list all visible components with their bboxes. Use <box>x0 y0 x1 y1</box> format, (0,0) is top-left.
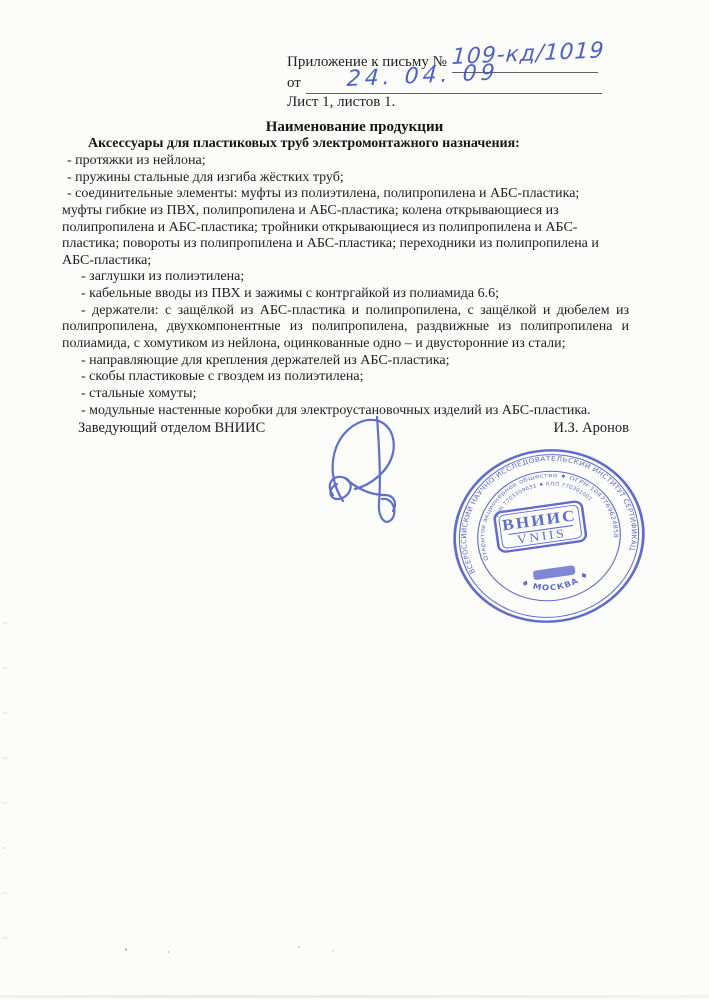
product-category-heading: Аксессуары для пластиковых труб электром… <box>88 136 520 152</box>
product-line: полипропилена и АБС-пластика; тройники о… <box>62 220 629 237</box>
product-line: - держатели: с защёлкой из АБС-пластика … <box>62 303 629 320</box>
scan-edge-mark <box>3 802 7 804</box>
scan-speck <box>125 948 127 951</box>
scanner-bottom-edge <box>0 995 709 998</box>
product-line: - модульные настенные коробки для электр… <box>62 403 629 420</box>
product-line: - скобы пластиковые с гвоздем из полиэти… <box>62 369 629 386</box>
scan-edge-mark <box>3 712 7 714</box>
stamp-inner-ring <box>469 462 628 610</box>
product-line: - пружины стальные для изгиба жёстких тр… <box>62 170 629 187</box>
scanned-document-page: Приложение к письму № 109-кд/1019 от 24.… <box>0 0 709 1000</box>
product-list: - протяжки из нейлона;- пружины стальные… <box>62 153 629 419</box>
scan-speck <box>168 951 170 953</box>
stamp-solid-block <box>533 565 576 580</box>
scan-edge-mark <box>3 757 7 759</box>
svg-text:ВСЕРОССИЙСКИЙ НАУЧНО-ИССЛЕДОВА: ВСЕРОССИЙСКИЙ НАУЧНО-ИССЛЕДОВАТЕЛЬСКИЙ И… <box>449 443 641 575</box>
product-line: полипропилена, двухкомпонентные из полип… <box>62 319 629 336</box>
svg-text:ИНН 7703309631 ♦ КПП 770301001: ИНН 7703309631 ♦ КПП 770301001 <box>490 476 594 520</box>
scan-edge-mark <box>3 622 7 624</box>
product-line: - протяжки из нейлона; <box>62 153 629 170</box>
product-line: АБС-пластика; <box>62 253 629 270</box>
scan-edge-mark <box>3 667 7 669</box>
product-line: муфты гибкие из ПВХ, полипропилена и АБС… <box>62 203 629 220</box>
product-line: пластика; повороты из полипропилена и АБ… <box>62 236 629 253</box>
stamp-inner-arc-text-inn-kpp: ИНН 7703309631 ♦ КПП 770301001 <box>490 476 594 520</box>
stamp-center-frame <box>494 501 587 553</box>
signer-name: И.З. Аронов <box>554 420 629 437</box>
product-line: - направляющие для крепления держателей … <box>62 353 629 370</box>
from-label: от <box>287 75 301 92</box>
product-line: полиамида, с хомутиком из нейлона, оцинк… <box>62 336 629 353</box>
stamp-org-latin: VNIIS <box>516 526 567 547</box>
stamp-city-text: ♦ МОСКВА ♦ <box>518 568 592 596</box>
handwritten-date: 24. 04. 09 <box>346 60 499 92</box>
stamp-outer-arc-text: ВСЕРОССИЙСКИЙ НАУЧНО-ИССЛЕДОВАТЕЛЬСКИЙ И… <box>449 443 641 575</box>
scan-speck <box>332 950 334 952</box>
stamp-org-cyrillic: ВНИИС <box>501 506 578 534</box>
vniis-round-stamp: ВСЕРОССИЙСКИЙ НАУЧНО-ИССЛЕДОВАТЕЛЬСКИЙ И… <box>446 435 656 640</box>
scan-edge-mark <box>3 937 7 939</box>
signer-position: Заведующий отделом ВНИИС <box>62 420 265 437</box>
product-line: - кабельные вводы из ПВХ и зажимы с конт… <box>62 286 629 303</box>
product-line: - соединительные элементы: муфты из поли… <box>62 186 629 203</box>
scan-edge-mark <box>3 847 7 849</box>
svg-text:Открытое акционерное общество: Открытое акционерное общество ♦ ОГРН 104… <box>472 464 620 561</box>
sheet-count-line: Лист 1, листов 1. <box>287 94 395 111</box>
scan-speck <box>298 946 300 948</box>
stamp-inner-arc-text-ogrn: Открытое акционерное общество ♦ ОГРН 104… <box>472 464 620 561</box>
svg-text:♦ МОСКВА ♦: ♦ МОСКВА ♦ <box>518 568 592 596</box>
product-line: - заглушки из полиэтилена; <box>62 269 629 286</box>
product-line: - стальные хомуты; <box>62 386 629 403</box>
stamp-divider-line <box>508 525 572 534</box>
scan-edge-mark <box>3 892 7 894</box>
document-title: Наименование продукции <box>0 119 709 136</box>
stamp-outer-ring <box>446 438 654 634</box>
